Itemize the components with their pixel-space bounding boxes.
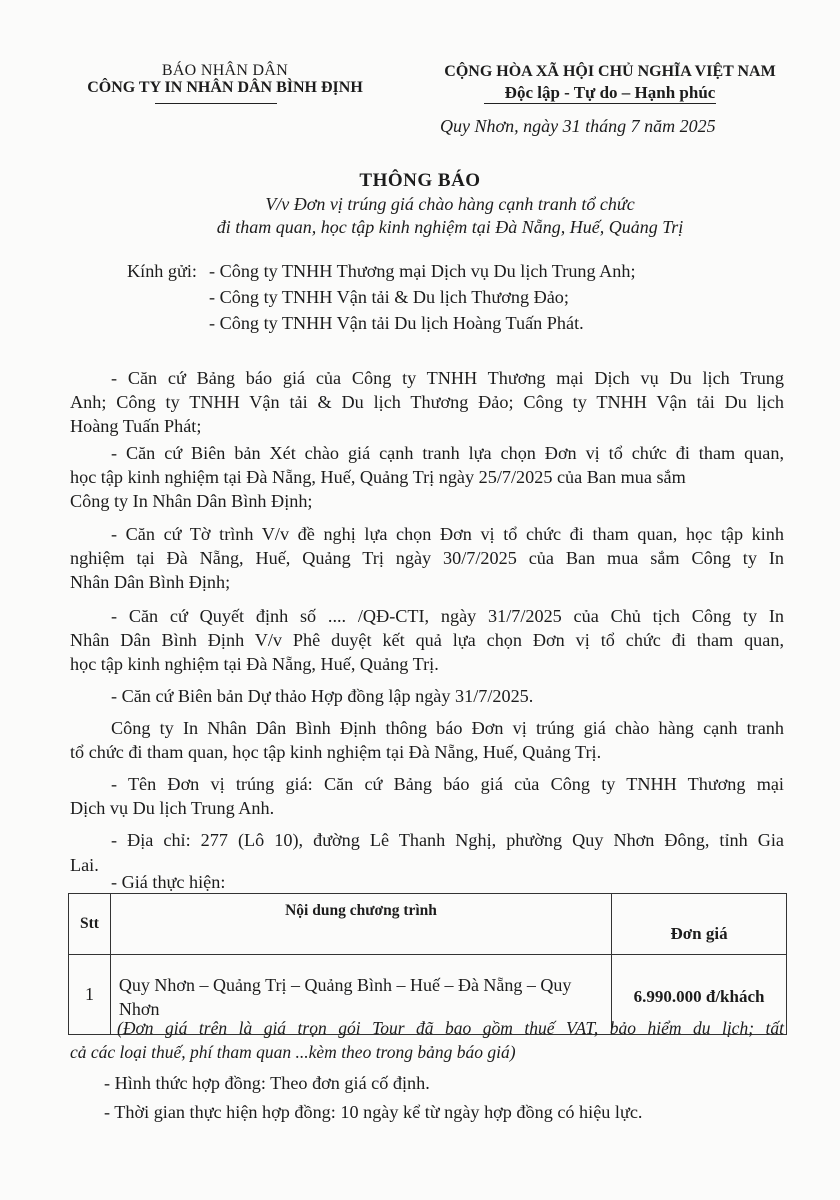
basis-paragraph-4: - Căn cứ Quyết định số .... /QĐ-CTI, ngà… [111,606,784,627]
announcement-paragraph: Công ty In Nhân Dân Bình Định thông báo … [111,718,784,739]
price-table: Stt Nội dung chương trình Đơn giá 1 Quy … [68,893,787,1035]
recipient-3: - Công ty TNHH Vận tải Du lịch Hoàng Tuấ… [209,313,584,334]
column-header-content: Nội dung chương trình [110,894,611,955]
basis-paragraph-1: Hoàng Tuấn Phát; [70,416,201,437]
organization-name: CÔNG TY IN NHÂN DÂN BÌNH ĐỊNH [60,79,390,97]
winner-address: Lai. [70,855,99,876]
basis-paragraph-1: - Căn cứ Bảng báo giá của Công ty TNHH T… [111,368,784,389]
country-name: CỘNG HÒA XÃ HỘI CHỦ NGHĨA VIỆT NAM [410,63,810,81]
basis-paragraph-2: học tập kinh nghiệm tại Đà Nẵng, Huế, Qu… [70,467,686,488]
basis-paragraph-4: học tập kinh nghiệm tại Đà Nẵng, Huế, Qu… [70,654,439,675]
winner-address: - Địa chỉ: 277 (Lô 10), đường Lê Thanh N… [111,830,784,851]
contract-duration: - Thời gian thực hiện hợp đồng: 10 ngày … [104,1102,642,1123]
price-note: cả các loại thuế, phí tham quan ...kèm t… [70,1042,516,1063]
winner-name: Dịch vụ Du lịch Trung Anh. [70,798,274,819]
recipients-label: Kính gửi: [127,261,197,282]
basis-paragraph-3: Nhân Dân Bình Định; [70,572,230,593]
basis-paragraph-2: - Căn cứ Biên bản Xét chào giá cạnh tran… [111,443,784,464]
price-label: - Giá thực hiện: [111,872,225,893]
national-header: CỘNG HÒA XÃ HỘI CHỦ NGHĨA VIỆT NAM Độc l… [410,63,810,103]
contract-form: - Hình thức hợp đồng: Theo đơn giá cố đị… [104,1073,430,1094]
recipient-2: - Công ty TNHH Vận tải & Du lịch Thương … [209,287,569,308]
basis-paragraph-4: Nhân Dân Bình Định V/v Phê duyệt kết quả… [70,630,784,651]
header-underline-left [155,103,277,104]
document-title: THÔNG BÁO [0,170,840,192]
subject-line-1: V/v Đơn vị trúng giá chào hàng cạnh tran… [0,194,840,215]
winner-name: - Tên Đơn vị trúng giá: Căn cứ Bảng báo … [111,774,784,795]
basis-paragraph-3: - Căn cứ Tờ trình V/v đề nghị lựa chọn Đ… [111,524,784,545]
basis-paragraph-2: Công ty In Nhân Dân Bình Định; [70,491,313,512]
parent-organization: BÁO NHÂN DÂN [60,62,390,80]
header-underline-right [484,103,716,104]
basis-paragraph-5: - Căn cứ Biên bản Dự thảo Hợp đồng lập n… [111,686,533,707]
column-header-price: Đơn giá [612,894,787,955]
column-header-stt: Stt [69,894,111,955]
document-page: BÁO NHÂN DÂN CÔNG TY IN NHÂN DÂN BÌNH ĐỊ… [0,0,840,1200]
row-stt: 1 [69,955,111,1035]
issuing-organization: BÁO NHÂN DÂN CÔNG TY IN NHÂN DÂN BÌNH ĐỊ… [60,62,390,97]
recipient-1: - Công ty TNHH Thương mại Dịch vụ Du lịc… [209,261,636,282]
basis-paragraph-1: Anh; Công ty TNHH Vận tải & Du lịch Thươ… [70,392,784,413]
national-motto: Độc lập - Tự do – Hạnh phúc [410,83,810,103]
basis-paragraph-3: nghiệm tại Đà Nẵng, Huế, Quảng Trị ngày … [70,548,784,569]
price-note: (Đơn giá trên là giá trọn gói Tour đã ba… [117,1018,784,1039]
table-header-row: Stt Nội dung chương trình Đơn giá [69,894,787,955]
place-date: Quy Nhơn, ngày 31 tháng 7 năm 2025 [440,116,716,137]
subject-line-2: đi tham quan, học tập kinh nghiệm tại Đà… [0,217,840,238]
announcement-paragraph: tổ chức đi tham quan, học tập kinh nghiệ… [70,742,601,763]
